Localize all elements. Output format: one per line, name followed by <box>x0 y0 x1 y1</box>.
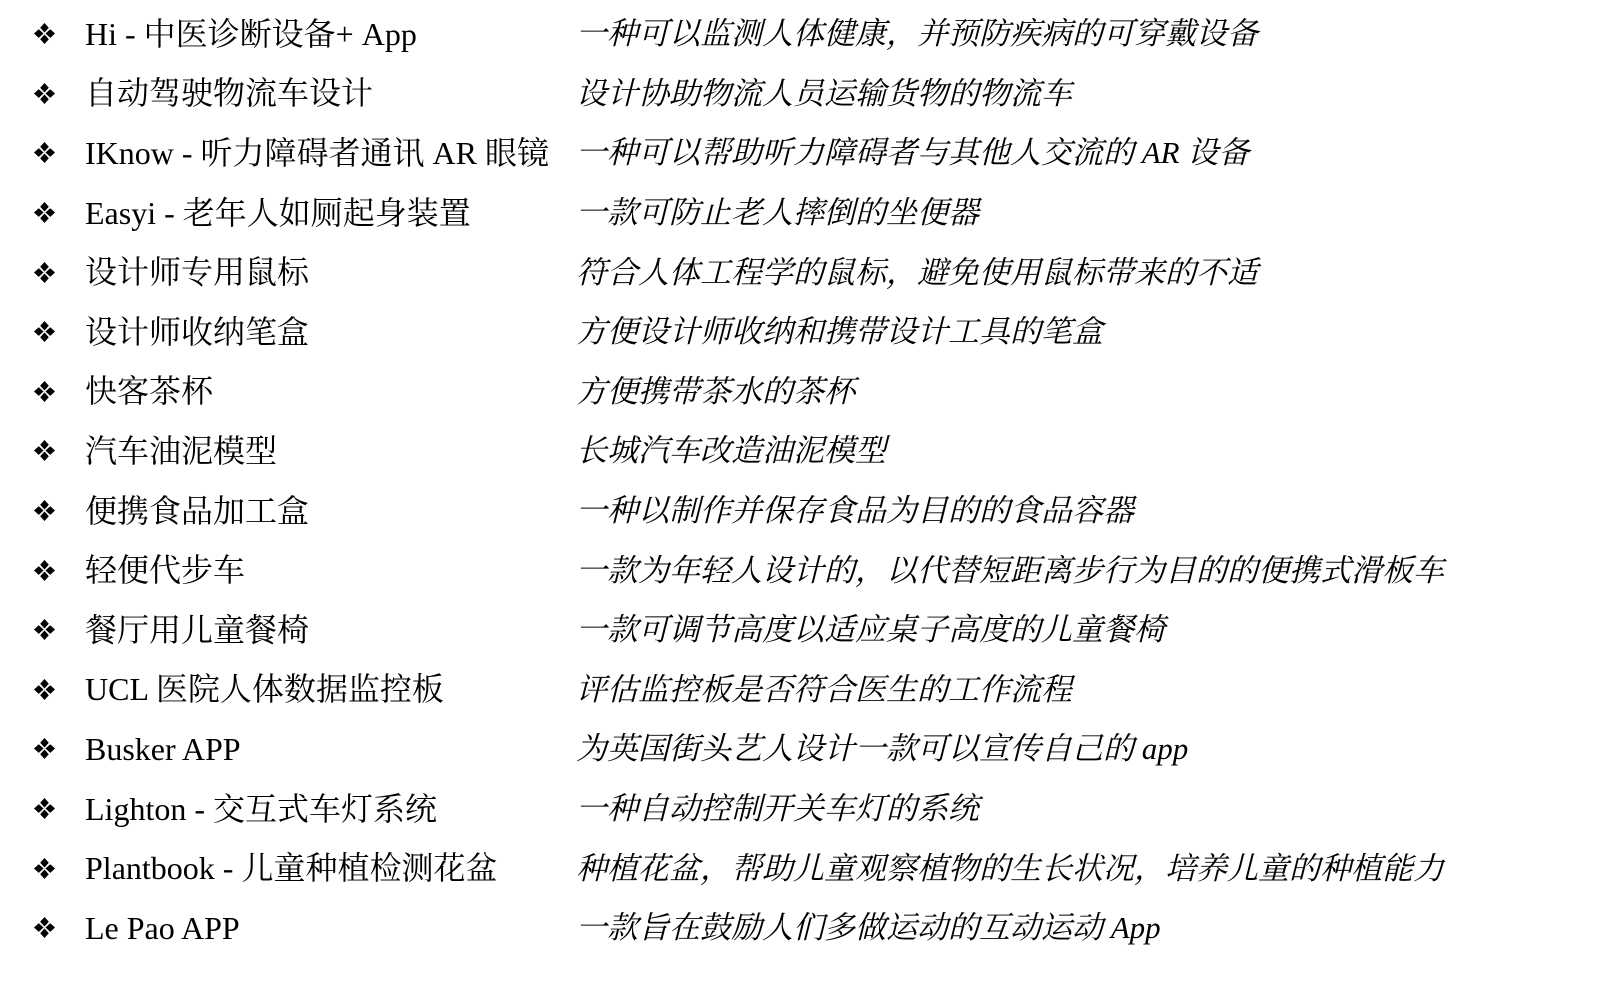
project-description: 为英国街头艺人设计一款可以宣传自己的 app <box>576 733 1188 764</box>
diamond-bullet-icon <box>33 439 56 462</box>
diamond-bullet-icon <box>33 797 56 820</box>
project-description: 一种以制作并保存食品为目的的食品容器 <box>576 495 1134 526</box>
project-name: 设计师专用鼠标 <box>85 256 576 288</box>
project-name: 便携食品加工盒 <box>85 495 576 527</box>
project-description: 评估监控板是否符合医生的工作流程 <box>576 674 1072 705</box>
project-name: Easyi - 老年人如厕起身装置 <box>85 197 576 229</box>
diamond-bullet-icon <box>33 618 56 641</box>
diamond-bullet-icon <box>33 916 56 939</box>
project-description: 一款可防止老人摔倒的坐便器 <box>576 197 979 228</box>
list-item: Le Pao APP 一款旨在鼓励人们多做运动的互动运动 App <box>0 898 1600 958</box>
diamond-bullet-icon <box>33 678 56 701</box>
project-description: 方便设计师收纳和携带设计工具的笔盒 <box>576 316 1103 347</box>
diamond-bullet-icon <box>33 141 56 164</box>
project-description: 一种可以帮助听力障碍者与其他人交流的 AR 设备 <box>576 137 1249 168</box>
project-name: UCL 医院人体数据监控板 <box>85 673 576 705</box>
project-description: 设计协助物流人员运输货物的物流车 <box>576 78 1072 109</box>
project-description: 一款可调节高度以适应桌子高度的儿童餐椅 <box>576 614 1165 645</box>
project-name: 轻便代步车 <box>85 554 576 586</box>
diamond-bullet-icon <box>33 22 56 45</box>
project-name: Lighton - 交互式车灯系统 <box>85 793 576 825</box>
project-description: 一种自动控制开关车灯的系统 <box>576 793 979 824</box>
list-item: Lighton - 交互式车灯系统 一种自动控制开关车灯的系统 <box>0 779 1600 839</box>
diamond-bullet-icon <box>33 499 56 522</box>
project-name: 设计师收纳笔盒 <box>85 316 576 348</box>
project-name: Le Pao APP <box>85 912 576 944</box>
list-item: Hi - 中医诊断设备+ App 一种可以监测人体健康，并预防疾病的可穿戴设备 <box>0 4 1600 64</box>
diamond-bullet-icon <box>33 82 56 105</box>
project-description: 一款为年轻人设计的，以代替短距离步行为目的的便携式滑板车 <box>576 555 1444 586</box>
list-item: 快客茶杯 方便携带茶水的茶杯 <box>0 362 1600 422</box>
list-item: 便携食品加工盒 一种以制作并保存食品为目的的食品容器 <box>0 481 1600 541</box>
project-description: 方便携带茶水的茶杯 <box>576 376 855 407</box>
project-description: 长城汽车改造油泥模型 <box>576 435 886 466</box>
project-description: 一款旨在鼓励人们多做运动的互动运动 App <box>576 912 1161 943</box>
project-name: Hi - 中医诊断设备+ App <box>85 18 576 50</box>
list-item: 汽车油泥模型 长城汽车改造油泥模型 <box>0 421 1600 481</box>
list-item: 餐厅用儿童餐椅 一款可调节高度以适应桌子高度的儿童餐椅 <box>0 600 1600 660</box>
diamond-bullet-icon <box>33 201 56 224</box>
project-description: 种植花盆，帮助儿童观察植物的生长状况，培养儿童的种植能力 <box>576 853 1444 884</box>
diamond-bullet-icon <box>33 559 56 582</box>
diamond-bullet-icon <box>33 380 56 403</box>
project-description: 符合人体工程学的鼠标，避免使用鼠标带来的不适 <box>576 257 1258 288</box>
project-name: 快客茶杯 <box>85 375 576 407</box>
project-name: Busker APP <box>85 733 576 765</box>
project-name: IKnow - 听力障碍者通讯 AR 眼镜 <box>85 137 576 169</box>
diamond-bullet-icon <box>33 320 56 343</box>
list-item: 设计师收纳笔盒 方便设计师收纳和携带设计工具的笔盒 <box>0 302 1600 362</box>
list-item: Easyi - 老年人如厕起身装置 一款可防止老人摔倒的坐便器 <box>0 183 1600 243</box>
project-name: Plantbook - 儿童种植检测花盆 <box>85 852 576 884</box>
list-item: UCL 医院人体数据监控板 评估监控板是否符合医生的工作流程 <box>0 660 1600 720</box>
list-item: 轻便代步车 一款为年轻人设计的，以代替短距离步行为目的的便携式滑板车 <box>0 540 1600 600</box>
project-name: 自动驾驶物流车设计 <box>85 77 576 109</box>
project-description: 一种可以监测人体健康，并预防疾病的可穿戴设备 <box>576 18 1258 49</box>
project-name: 餐厅用儿童餐椅 <box>85 614 576 646</box>
document-page: Hi - 中医诊断设备+ App 一种可以监测人体健康，并预防疾病的可穿戴设备 … <box>0 0 1600 958</box>
diamond-bullet-icon <box>33 737 56 760</box>
diamond-bullet-icon <box>33 261 56 284</box>
diamond-bullet-icon <box>33 857 56 880</box>
list-item: Plantbook - 儿童种植检测花盆 种植花盆，帮助儿童观察植物的生长状况，… <box>0 838 1600 898</box>
list-item: Busker APP 为英国街头艺人设计一款可以宣传自己的 app <box>0 719 1600 779</box>
project-name: 汽车油泥模型 <box>85 435 576 467</box>
list-item: 设计师专用鼠标 符合人体工程学的鼠标，避免使用鼠标带来的不适 <box>0 242 1600 302</box>
list-item: 自动驾驶物流车设计 设计协助物流人员运输货物的物流车 <box>0 64 1600 124</box>
list-item: IKnow - 听力障碍者通讯 AR 眼镜 一种可以帮助听力障碍者与其他人交流的… <box>0 123 1600 183</box>
